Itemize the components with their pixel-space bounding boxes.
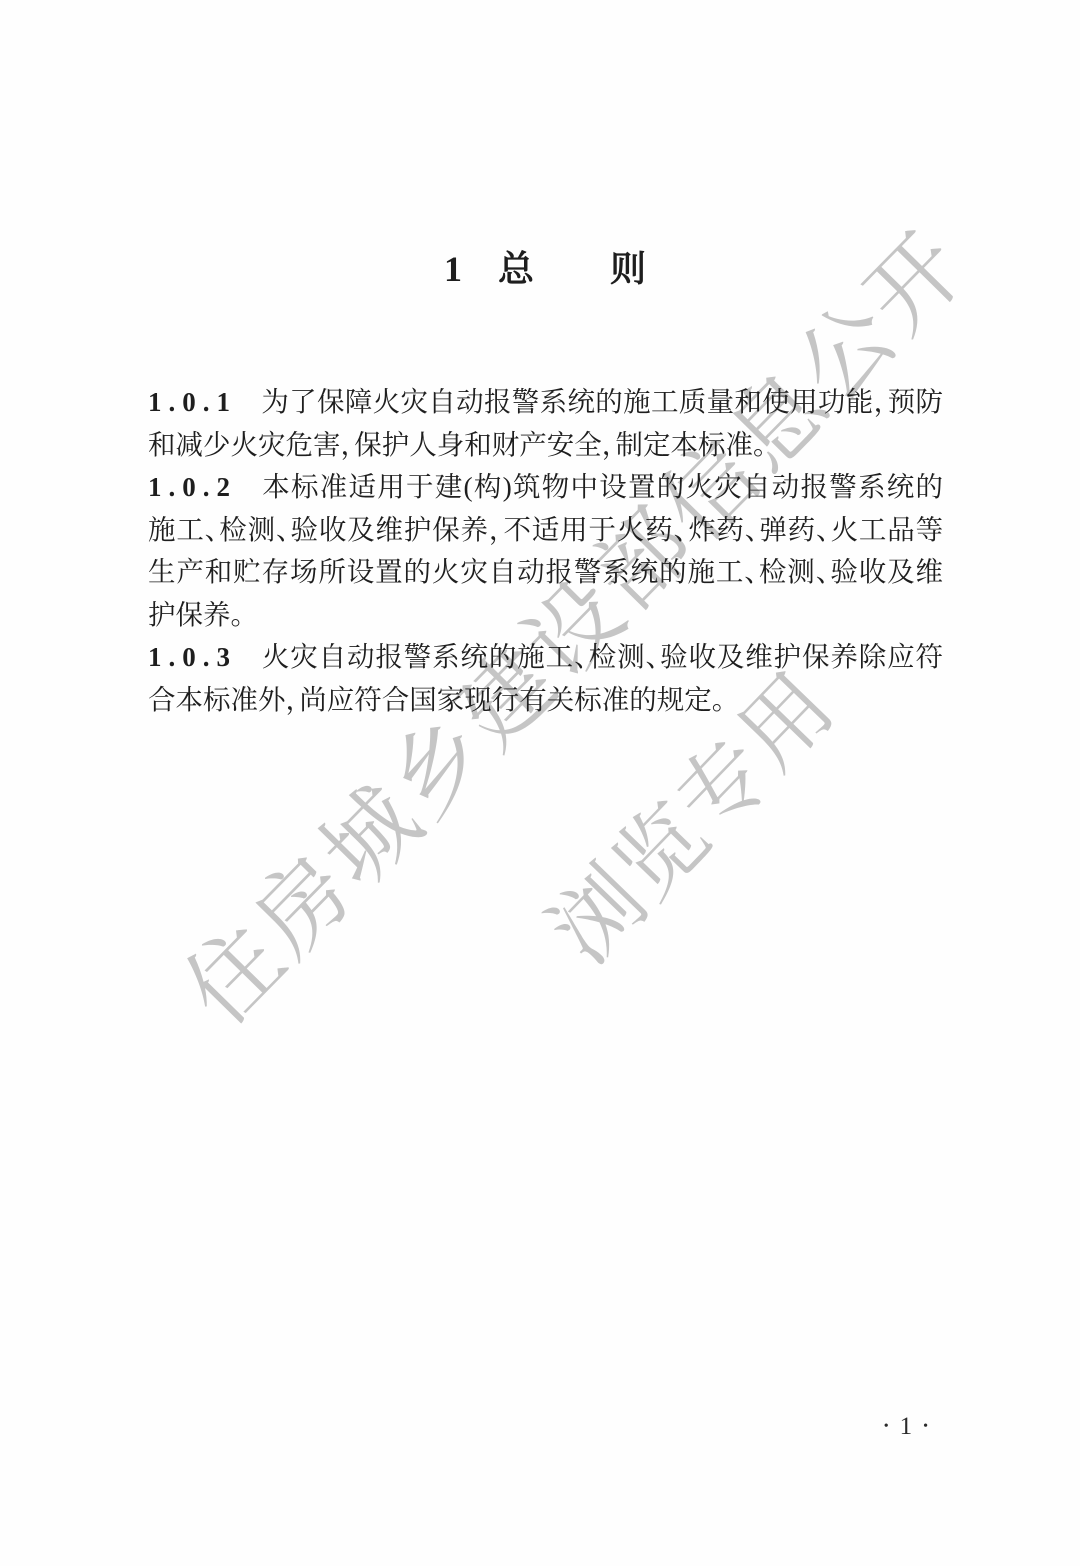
section-number: 1.0.1 — [148, 387, 237, 417]
page-number: 1 — [900, 1413, 913, 1440]
text-line: 1.0.2本标准适用于建(构)筑物中设置的火灾自动报警系统的 — [148, 466, 943, 509]
text-line: 施工、检测、验收及维护保养，不适用于火药、炸药、弹药、火工品等 — [148, 509, 943, 552]
body-text: 1.0.1为了保障火灾自动报警系统的施工质量和使用功能，预防和减少火灾危害，保护… — [148, 381, 943, 721]
document-page: 住房城乡建设部信息公开 浏览专用 1 总 则 1.0.1为了保障火灾自动报警系统… — [0, 0, 1080, 1566]
text-line: 1.0.1为了保障火灾自动报警系统的施工质量和使用功能，预防 — [148, 381, 943, 424]
page-footer: •1• — [884, 1412, 928, 1442]
text-line: 生产和贮存场所设置的火灾自动报警系统的施工、检测、验收及维 — [148, 551, 943, 594]
chapter-number: 1 — [444, 247, 462, 291]
text-line: 护保养。 — [148, 594, 943, 637]
section-number: 1.0.2 — [148, 472, 237, 502]
footer-dot-left: • — [884, 1419, 889, 1434]
section-number: 1.0.3 — [148, 642, 237, 672]
text-line: 1.0.3火灾自动报警系统的施工、检测、验收及维护保养除应符 — [148, 636, 943, 679]
chapter-title-char-1: 总 — [498, 247, 534, 291]
footer-dot-right: • — [923, 1419, 928, 1434]
text-line: 合本标准外，尚应符合国家现行有关标准的规定。 — [148, 679, 943, 722]
chapter-heading: 1 总 则 — [5, 247, 1080, 291]
text-line: 和减少火灾危害，保护人身和财产安全，制定本标准。 — [148, 424, 943, 467]
chapter-title-char-2: 则 — [610, 247, 646, 291]
